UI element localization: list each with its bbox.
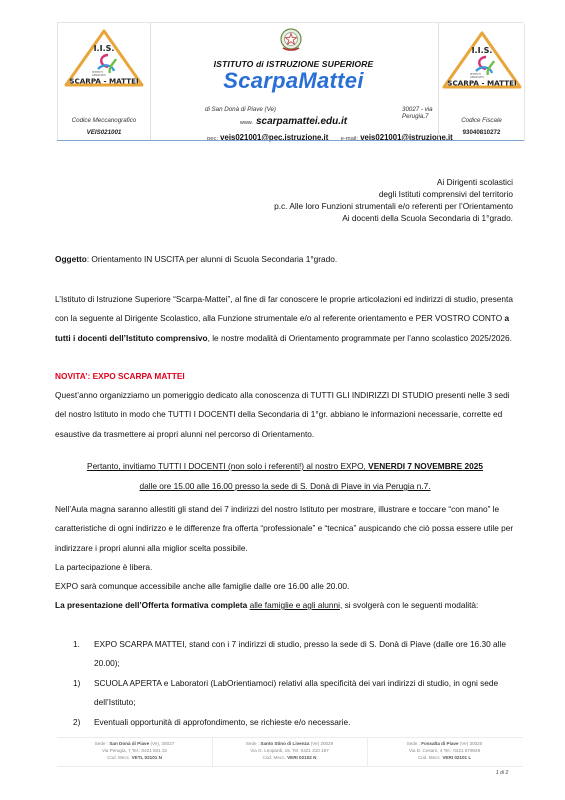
invite-line-2: dalle ore 15.00 alle 16.00 presso la sed… [55, 477, 515, 496]
letterhead-left-cell: I.I.S. ISTITUTI ASSOCIATI SCARPA - MATTE… [57, 23, 151, 141]
expo-families-line: EXPO sarà comunque accessibile anche all… [55, 577, 515, 596]
aula-paragraph: Nell’Aula magna saranno allestiti gli st… [55, 500, 515, 558]
subject-text: : Orientamento IN USCITA per alunni di S… [87, 254, 337, 264]
school-logo-right: I.I.S. ISTITUTI ASSOCIATI SCARPA - MATTE… [442, 31, 522, 91]
school-logo-left: I.I.S. ISTITUTI ASSOCIATI SCARPA - MATTE… [64, 29, 144, 89]
presentation-bold: La presentazione dell’Offerta formativa … [55, 600, 247, 610]
branch-name: Fossalta di Piave [421, 741, 458, 746]
footer-branches: Sede : San Donà di Piave (Ve), 30027 Via… [57, 737, 523, 767]
novita-paragraph: Quest’anno organizziamo un pomeriggio de… [55, 386, 515, 444]
brand-name: ScarpaMattei [150, 68, 437, 94]
list-item-number: 1. [73, 635, 89, 654]
list-item: 1. EXPO SCARPA MATTEI, stand con i 7 ind… [73, 635, 89, 654]
subject-label: Oggetto [55, 254, 87, 264]
svg-text:I.I.S.: I.I.S. [94, 44, 115, 53]
email-label: e-mail: [341, 136, 358, 142]
www-label: www. [240, 120, 253, 126]
website-line: www.scarpamattei.edu.it [150, 116, 437, 127]
triangle-logo-icon: I.I.S. ISTITUTI ASSOCIATI SCARPA - MATTE… [64, 29, 144, 89]
mechanographic-code-label: Codice Meccanografico [58, 117, 150, 124]
website-link[interactable]: scarpamattei.edu.it [256, 116, 347, 127]
svg-text:SCARPA - MATTEI: SCARPA - MATTEI [447, 79, 517, 88]
presentation-rest: , si svolgerà con le seguenti modalità: [340, 600, 478, 610]
list-item: 1) SCUOLA APERTA e Laboratori (LabOrient… [73, 674, 89, 693]
branch-code-label: Cod. Mecc. [107, 755, 130, 760]
header-divider [57, 140, 524, 141]
addressee-line: p.c. Alle loro Funzioni strumentali e/o … [274, 201, 513, 213]
list-item-number: 1) [73, 674, 89, 693]
letterhead-center-cell: ISTITUTO di ISTRUZIONE SUPERIORE ScarpaM… [150, 23, 437, 141]
list-item: 2) Eventuali opportunità di approfondime… [73, 713, 89, 732]
letterhead: I.I.S. ISTITUTI ASSOCIATI SCARPA - MATTE… [57, 22, 523, 141]
branch-code-label: Cod. Mecc. [418, 755, 441, 760]
branch-label: Sede : [407, 741, 420, 746]
addressees-block: Ai Dirigenti scolastici degli Istituti c… [274, 177, 513, 225]
subject-line: Oggetto: Orientamento IN USCITA per alun… [55, 250, 515, 269]
tax-code-label: Codice Fiscale [439, 117, 524, 124]
branch-address: Via Perugia, 7 Tel.: 0421 501 22 [57, 748, 212, 755]
presentation-underlined: alle famiglie e agli alunni [250, 600, 340, 610]
addressee-line: Ai docenti della Scuola Secondaria di 1°… [274, 213, 513, 225]
triangle-logo-icon: I.I.S. ISTITUTI ASSOCIATI SCARPA - MATTE… [442, 31, 522, 91]
addressee-line: degli Istituti comprensivi del territori… [274, 189, 513, 201]
branch-label: Sede : [95, 741, 108, 746]
branch-name: Santo Stino di Livenza [260, 741, 309, 746]
addressee-line: Ai Dirigenti scolastici [274, 177, 513, 189]
branch-province: (Ve) 30020 [460, 741, 482, 746]
list-item-text: Eventuali opportunità di approfondimento… [94, 713, 514, 732]
footer-branch: Sede : Santo Stino di Livenza (Ve) 30029… [212, 741, 367, 761]
invite-text: Pertanto, invitiamo TUTTI I DOCENTI (non… [87, 461, 368, 471]
svg-text:I.I.S.: I.I.S. [472, 46, 493, 55]
branch-code-label: Cod. Mecc. [263, 755, 286, 760]
footer-branch: Sede : San Donà di Piave (Ve), 30027 Via… [57, 741, 212, 761]
participation-line: La partecipazione è libera. [55, 558, 515, 577]
list-item-text: EXPO SCARPA MATTEI, stand con i 7 indiri… [94, 635, 514, 674]
letterhead-right-cell: I.I.S. ISTITUTI ASSOCIATI SCARPA - MATTE… [438, 23, 525, 141]
branch-address: Via G. Leopardi, 15. Tel. 0421 310 197 [212, 748, 367, 755]
footer-branch: Sede : Fossalta di Piave (Ve) 30020 Via … [367, 741, 522, 761]
list-item-text: SCUOLA APERTA e Laboratori (LabOrientiam… [94, 674, 514, 713]
branch-name: San Donà di Piave [109, 741, 149, 746]
branch-code: VERI 02102 N [287, 755, 316, 760]
intro-paragraph: L’Istituto di Istruzione Superiore “Scar… [55, 290, 515, 348]
invite-line-1: Pertanto, invitiamo TUTTI I DOCENTI (non… [55, 457, 515, 476]
novita-heading: NOVITA’: EXPO SCARPA MATTEI [55, 367, 515, 386]
branch-address: Via D. Cesaro, 4 Tel.: 0421 679049 [367, 748, 522, 755]
mechanographic-code-value: VEIS021001 [58, 129, 150, 136]
intro-text: L’Istituto di Istruzione Superiore “Scar… [55, 294, 513, 323]
branch-code: VERI 02101 L [442, 755, 471, 760]
svg-text:SCARPA - MATTEI: SCARPA - MATTEI [69, 77, 139, 86]
intro-text-end: , le nostre modalità di Orientamento pro… [208, 333, 512, 343]
list-item-number: 2) [73, 713, 89, 732]
address-city: di San Donà di Piave (Ve) [205, 106, 276, 113]
pec-label: pec: [207, 136, 218, 142]
invite-date: VENERDI 7 NOVEMBRE 2025 [368, 461, 483, 471]
tax-code-value: 93040810272 [439, 129, 524, 136]
presentation-paragraph: La presentazione dell’Offerta formativa … [55, 596, 515, 615]
branch-province: (Ve), 30027 [150, 741, 174, 746]
branch-label: Sede : [246, 741, 259, 746]
branch-code: VETL 02101 N [132, 755, 162, 760]
page-number: 1 di 2 [496, 770, 508, 776]
branch-province: (Ve) 30029 [311, 741, 333, 746]
italian-republic-emblem-icon [278, 27, 304, 53]
